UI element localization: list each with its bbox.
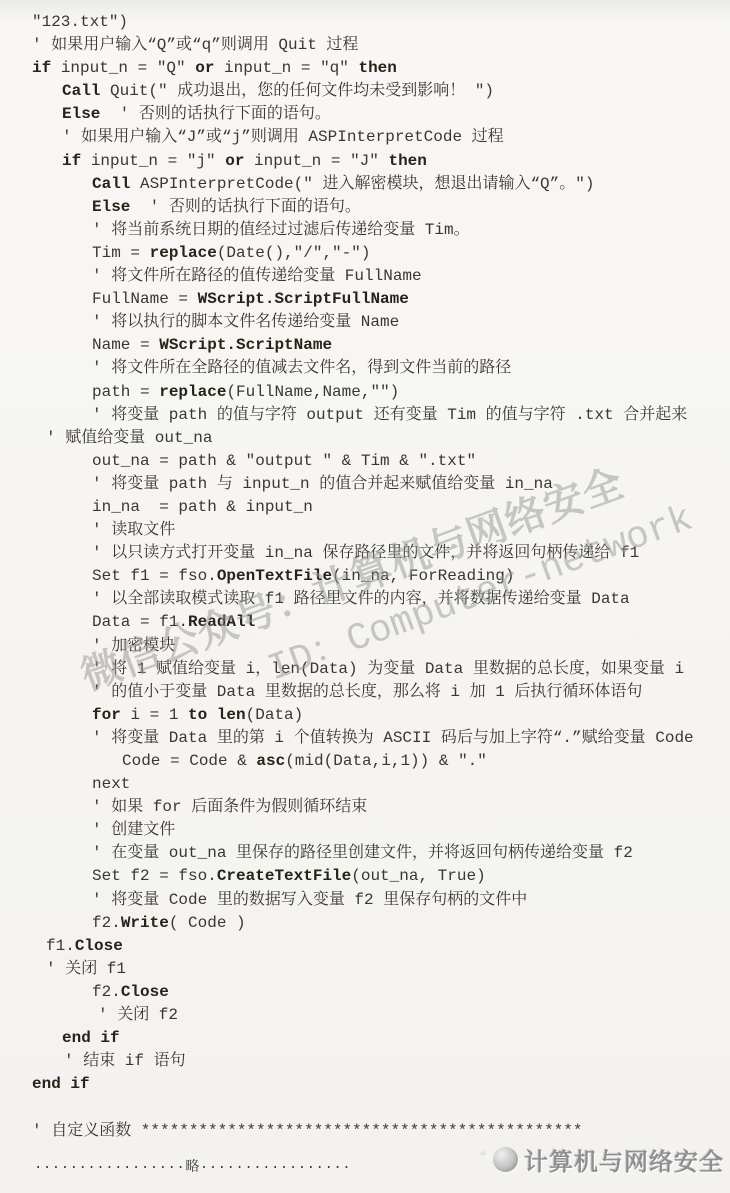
code-text: ASPInterpretCode(" 进入解密模块，想退出请输入“Q”。") [140, 175, 594, 193]
code-text: f1. [46, 937, 75, 955]
code-line: ' 将变量 Data 里的第 i 个值转换为 ASCII 码后与加上字符“.”赋… [0, 727, 730, 750]
code-line [0, 1096, 730, 1119]
code-keyword: end if [62, 1029, 120, 1047]
code-line: "123.txt") [0, 11, 730, 34]
code-text: FullName = [92, 290, 198, 308]
code-line: path = replace(FullName,Name,"") [0, 381, 730, 404]
code-line: end if [0, 1073, 730, 1096]
code-line: next [0, 773, 730, 796]
code-keyword: replace [150, 244, 217, 262]
code-keyword: or [195, 59, 224, 77]
code-line: ' 赋值给变量 out_na [0, 427, 730, 450]
code-keyword: end if [32, 1075, 90, 1093]
code-keyword: or [225, 152, 254, 170]
code-text: f2. [92, 914, 121, 932]
code-text: Quit(" 成功退出，您的任何文件均未受到影响！ ") [110, 82, 494, 100]
code-line: ' 将 1 赋值给变量 i，len(Data) 为变量 Data 里数据的总长度… [0, 658, 730, 681]
code-line: ' 结束 if 语句 [0, 1050, 730, 1073]
code-text: next [92, 775, 130, 793]
code-keyword: replace [159, 383, 226, 401]
code-keyword: len [217, 706, 246, 724]
code-text: ( Code ) [169, 914, 246, 932]
brand-name: 计算机与网络安全 [524, 1142, 724, 1177]
code-line: ' 创建文件 [0, 819, 730, 842]
brand-logo-icon [493, 1147, 518, 1172]
code-line: out_na = path & "output " & Tim & ".txt" [0, 450, 730, 473]
code-line: f1.Close [0, 935, 730, 958]
code-line: end if [0, 1027, 730, 1050]
code-keyword: if [62, 152, 91, 170]
code-text: "123.txt") [32, 13, 128, 31]
code-line: ' 如果用户输入“J”或“j”则调用 ASPInterpretCode 过程 [0, 126, 730, 149]
code-keyword: if [32, 59, 61, 77]
code-text: ' 否则的话执行下面的语句。 [100, 105, 330, 123]
code-text: ' 在变量 out_na 里保存的路径里创建文件，并将返回句柄传递给变量 f2 [92, 844, 633, 862]
code-line: ' 在变量 out_na 里保存的路径里创建文件，并将返回句柄传递给变量 f2 [0, 842, 730, 865]
code-text: (Data) [246, 706, 304, 724]
code-text: ' 将文件所在路径的值传递给变量 FullName [92, 267, 422, 285]
code-line: ' 将文件所在全路径的值减去文件名，得到文件当前的路径 [0, 357, 730, 380]
code-line: ' 将变量 Code 里的数据写入变量 f2 里保存句柄的文件中 [0, 889, 730, 912]
code-text: Set f2 = fso. [92, 867, 217, 885]
code-keyword: WScript.ScriptFullName [198, 290, 409, 308]
code-text: ' 的值小于变量 Data 里数据的总长度，那么将 i 加 1 后执行循环体语句 [92, 683, 642, 701]
code-text: out_na = path & "output " & Tim & ".txt" [92, 452, 476, 470]
code-keyword: Call [62, 82, 110, 100]
code-text: path = [92, 383, 159, 401]
code-text: ' 将变量 path 的值与字符 output 还有变量 Tim 的值与字符 .… [92, 406, 687, 424]
code-keyword: Else [62, 105, 100, 123]
code-text: (Date(),"/","-") [217, 244, 371, 262]
code-text: ' 自定义函数 ********************************… [32, 1122, 582, 1140]
code-text: in_na = path & input_n [92, 498, 313, 516]
code-line: ' 将当前系统日期的值经过过滤后传递给变量 Tim。 [0, 219, 730, 242]
code-line: f2.Close [0, 981, 730, 1004]
code-text: ' 将变量 Code 里的数据写入变量 f2 里保存句柄的文件中 [92, 891, 527, 909]
code-line: ' 关闭 f1 [0, 958, 730, 981]
code-keyword: for [92, 706, 130, 724]
code-keyword: Else [92, 198, 130, 216]
code-line: Code = Code & asc(mid(Data,i,1)) & "." [0, 750, 730, 773]
code-line: ' 将变量 path 与 input_n 的值合并起来赋值给变量 in_na [0, 473, 730, 496]
code-text: ' 创建文件 [92, 821, 175, 839]
code-line: Call ASPInterpretCode(" 进入解密模块，想退出请输入“Q”… [0, 173, 730, 196]
code-keyword: then [388, 152, 426, 170]
code-text: input_n = "q" [224, 59, 358, 77]
code-text: ' 将变量 path 与 input_n 的值合并起来赋值给变量 in_na [92, 475, 553, 493]
code-line: Else ' 否则的话执行下面的语句。 [0, 103, 730, 126]
brand-footer: ✧ 计算机与网络安全 [479, 1142, 724, 1177]
code-text: (mid(Data,i,1)) & "." [285, 752, 487, 770]
code-keyword: to [188, 706, 217, 724]
code-keyword: WScript.ScriptName [159, 336, 332, 354]
code-text: ' 结束 if 语句 [64, 1052, 186, 1070]
code-text: ' 将当前系统日期的值经过过滤后传递给变量 Tim。 [92, 221, 470, 239]
code-text: ' 读取文件 [92, 521, 175, 539]
scanned-document-page: "123.txt")' 如果用户输入“Q”或“q”则调用 Quit 过程if i… [0, 0, 730, 1193]
code-keyword: CreateTextFile [217, 867, 351, 885]
code-line: ' 读取文件 [0, 519, 730, 542]
code-text: Tim = [92, 244, 150, 262]
code-line: Name = WScript.ScriptName [0, 334, 730, 357]
code-line: in_na = path & input_n [0, 496, 730, 519]
code-line: ' 关闭 f2 [0, 1004, 730, 1027]
code-line: ' 的值小于变量 Data 里数据的总长度，那么将 i 加 1 后执行循环体语句 [0, 681, 730, 704]
ellipsis-note: ·················略················· [34, 1156, 351, 1176]
code-line: Call Quit(" 成功退出，您的任何文件均未受到影响！ ") [0, 80, 730, 103]
code-keyword: Close [121, 983, 169, 1001]
code-text: ' 如果 for 后面条件为假则循环结束 [92, 798, 367, 816]
code-text: ' 赋值给变量 out_na [46, 429, 212, 447]
code-line: for i = 1 to len(Data) [0, 704, 730, 727]
code-line: ' 将变量 path 的值与字符 output 还有变量 Tim 的值与字符 .… [0, 404, 730, 427]
code-line: ' 如果 for 后面条件为假则循环结束 [0, 796, 730, 819]
code-line: Else ' 否则的话执行下面的语句。 [0, 196, 730, 219]
code-text: Code = Code & [122, 752, 256, 770]
code-text: ' 以只读方式打开变量 in_na 保存路径里的文件，并将返回句柄传递给 f1 [92, 544, 639, 562]
code-line: if input_n = "j" or input_n = "J" then [0, 150, 730, 173]
code-line: Set f1 = fso.OpenTextFile(in_na, ForRead… [0, 565, 730, 588]
code-line: ' 自定义函数 ********************************… [0, 1120, 730, 1143]
code-keyword: Write [121, 914, 169, 932]
code-text: ' 如果用户输入“J”或“j”则调用 ASPInterpretCode 过程 [62, 128, 504, 146]
code-text: ' 否则的话执行下面的语句。 [130, 198, 360, 216]
code-line: ' 将以执行的脚本文件名传递给变量 Name [0, 311, 730, 334]
code-text: ' 关闭 f2 [98, 1006, 178, 1024]
code-text: Set f1 = fso. [92, 567, 217, 585]
code-line: Set f2 = fso.CreateTextFile(out_na, True… [0, 865, 730, 888]
code-text: ' 将变量 Data 里的第 i 个值转换为 ASCII 码后与加上字符“.”赋… [92, 729, 694, 747]
code-line: FullName = WScript.ScriptFullName [0, 288, 730, 311]
code-line: Tim = replace(Date(),"/","-") [0, 242, 730, 265]
code-text: (out_na, True) [351, 867, 485, 885]
code-text: ' 将 1 赋值给变量 i，len(Data) 为变量 Data 里数据的总长度… [92, 660, 684, 678]
code-text: ' 将以执行的脚本文件名传递给变量 Name [92, 313, 399, 331]
code-keyword: Call [92, 175, 140, 193]
code-block: "123.txt")' 如果用户输入“Q”或“q”则调用 Quit 过程if i… [0, 11, 730, 1166]
code-text: input_n = "J" [254, 152, 388, 170]
code-text: ' 加密模块 [92, 637, 175, 655]
code-line: ' 将文件所在路径的值传递给变量 FullName [0, 265, 730, 288]
code-text: ' 如果用户输入“Q”或“q”则调用 Quit 过程 [32, 36, 358, 54]
code-text: input_n = "j" [91, 152, 225, 170]
code-text: input_n = "Q" [61, 59, 195, 77]
code-line: ' 如果用户输入“Q”或“q”则调用 Quit 过程 [0, 34, 730, 57]
code-text: ' 将文件所在全路径的值减去文件名，得到文件当前的路径 [92, 359, 511, 377]
code-keyword: ReadAll [188, 613, 255, 631]
code-line: f2.Write( Code ) [0, 912, 730, 935]
code-text: (in_na, ForReading) [332, 567, 514, 585]
code-keyword: OpenTextFile [217, 567, 332, 585]
code-line: ' 以只读方式打开变量 in_na 保存路径里的文件，并将返回句柄传递给 f1 [0, 542, 730, 565]
code-line: Data = f1.ReadAll [0, 611, 730, 634]
code-text: Data = f1. [92, 613, 188, 631]
code-line: ' 以全部读取模式读取 f1 路径里文件的内容，并将数据传递给变量 Data [0, 588, 730, 611]
code-text: i = 1 [130, 706, 188, 724]
code-text: f2. [92, 983, 121, 1001]
code-text: ' 关闭 f1 [46, 960, 126, 978]
code-keyword: Close [75, 937, 123, 955]
code-keyword: then [358, 59, 396, 77]
code-keyword: asc [256, 752, 285, 770]
sparkle-icon: ✧ [479, 1146, 487, 1161]
code-text: ' 以全部读取模式读取 f1 路径里文件的内容，并将数据传递给变量 Data [92, 590, 630, 608]
code-line: if input_n = "Q" or input_n = "q" then [0, 57, 730, 80]
code-text: Name = [92, 336, 159, 354]
code-line: ' 加密模块 [0, 635, 730, 658]
code-text: (FullName,Name,"") [226, 383, 399, 401]
